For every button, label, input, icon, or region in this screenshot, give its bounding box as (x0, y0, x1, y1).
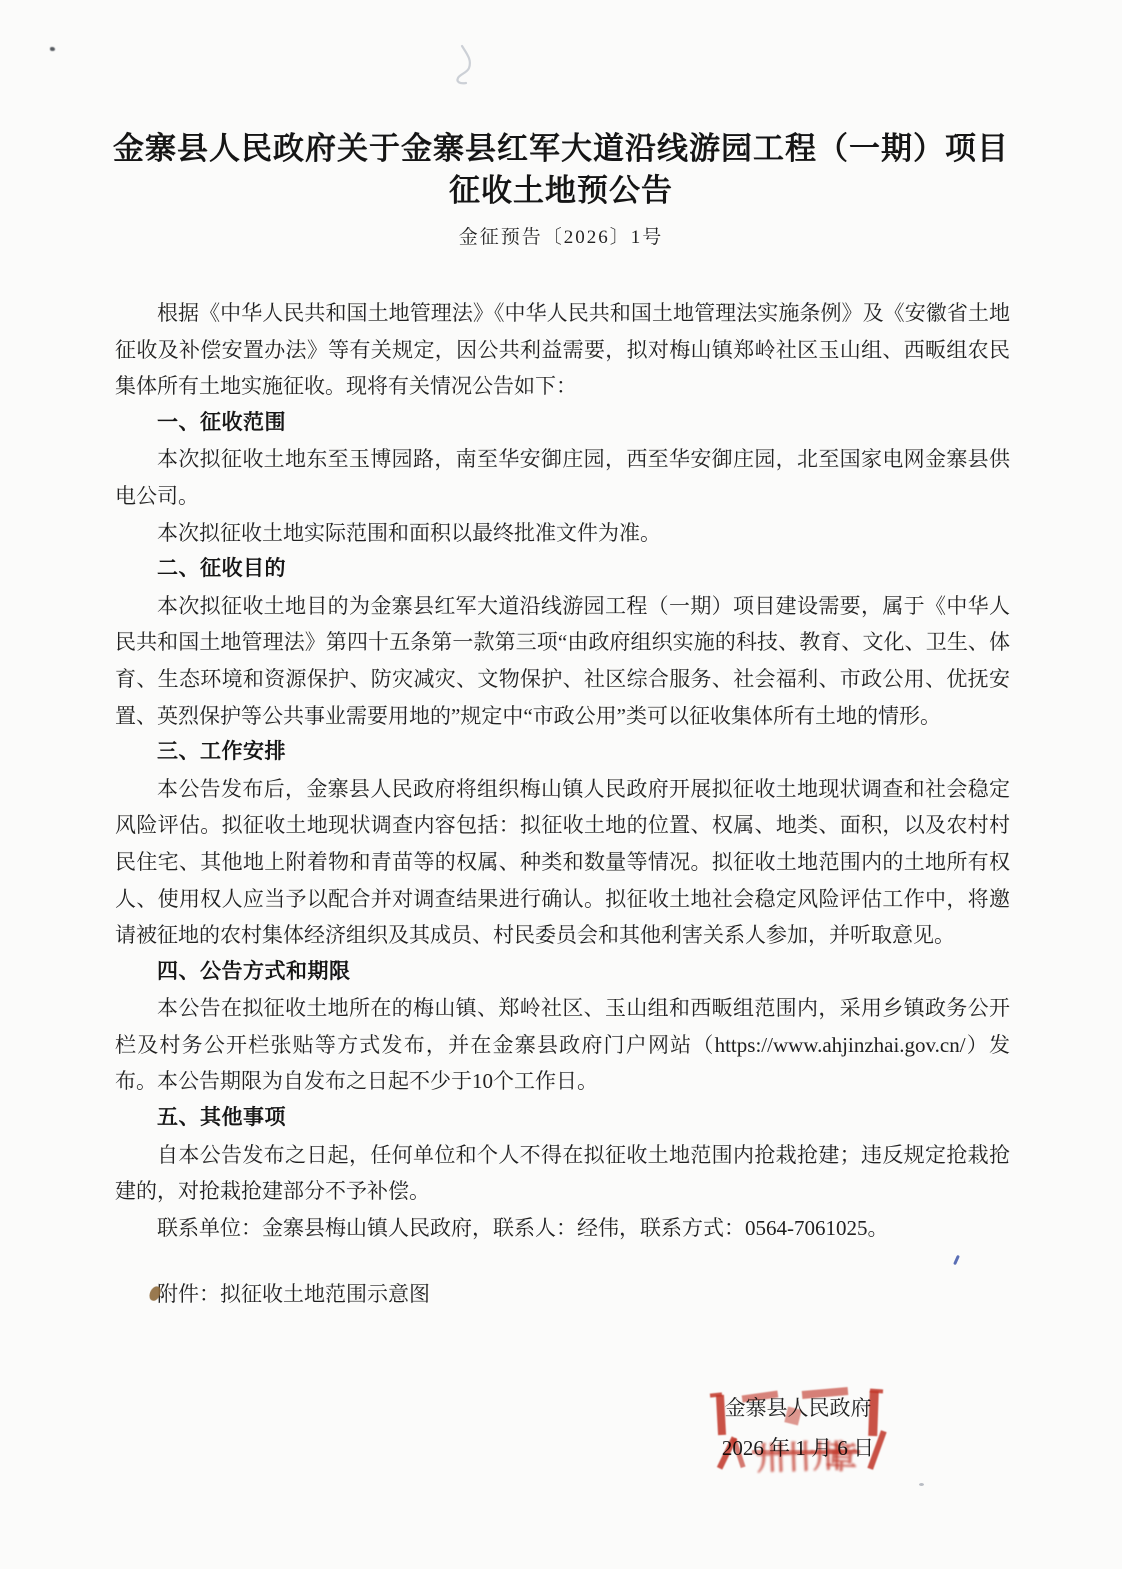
document-body: 根据《中华人民共和国土地管理法》《中华人民共和国土地管理法实施条例》及《安徽省土… (115, 295, 1010, 1313)
section-1-heading: 一、征收范围 (115, 405, 1010, 442)
section-1-paragraph: 本次拟征收土地东至玉博园路，南至华安御庄园，西至华安御庄园，北至国家电网金寨县供… (115, 441, 1010, 514)
contact-line: 联系单位：金寨县梅山镇人民政府，联系人：经伟，联系方式：0564-7061025… (115, 1210, 1010, 1247)
section-1-paragraph: 本次拟征收土地实际范围和面积以最终批准文件为准。 (115, 515, 1010, 552)
section-4-heading: 四、公告方式和期限 (115, 954, 1010, 991)
scan-speck-dark (50, 47, 55, 51)
scan-curve-mark (440, 40, 488, 96)
document-title-line2: 征收土地预公告 (449, 173, 673, 208)
document-number: 金征预告〔2026〕1号 (0, 222, 1122, 249)
section-3-paragraph: 本公告发布后，金寨县人民政府将组织梅山镇人民政府开展拟征收土地现状调查和社会稳定… (115, 771, 1010, 954)
section-2-heading: 二、征收目的 (115, 551, 1010, 588)
document-title-line1: 金寨县人民政府关于金寨县红军大道沿线游园工程（一期）项目 (113, 131, 1009, 166)
section-4-paragraph: 本公告在拟征收土地所在的梅山镇、郑岭社区、玉山组和西畈组范围内，采用乡镇政务公开… (115, 990, 1010, 1100)
document-title: 金寨县人民政府关于金寨县红军大道沿线游园工程（一期）项目 征收土地预公告 (70, 128, 1052, 212)
issue-date: 2026 年 1 月 6 日 (638, 1428, 958, 1468)
section-3-heading: 三、工作安排 (115, 734, 1010, 771)
issuer-name: 金寨县人民政府 (638, 1388, 958, 1428)
scan-speck-gray (919, 1483, 924, 1486)
signature-block: 金寨县人民政府 2026 年 1 月 6 日 (638, 1388, 958, 1468)
attachment-line: 附件：拟征收土地范围示意图 (115, 1276, 1010, 1313)
intro-paragraph: 根据《中华人民共和国土地管理法》《中华人民共和国土地管理法实施条例》及《安徽省土… (115, 295, 1010, 405)
section-5-heading: 五、其他事项 (115, 1100, 1010, 1137)
document-page: 金寨县人民政府关于金寨县红军大道沿线游园工程（一期）项目 征收土地预公告 金征预… (0, 0, 1122, 1569)
section-2-paragraph: 本次拟征收土地目的为金寨县红军大道沿线游园工程（一期）项目建设需要，属于《中华人… (115, 588, 1010, 734)
section-5-paragraph: 自本公告发布之日起，任何单位和个人不得在拟征收土地范围内抢栽抢建；违反规定抢栽抢… (115, 1137, 1010, 1210)
